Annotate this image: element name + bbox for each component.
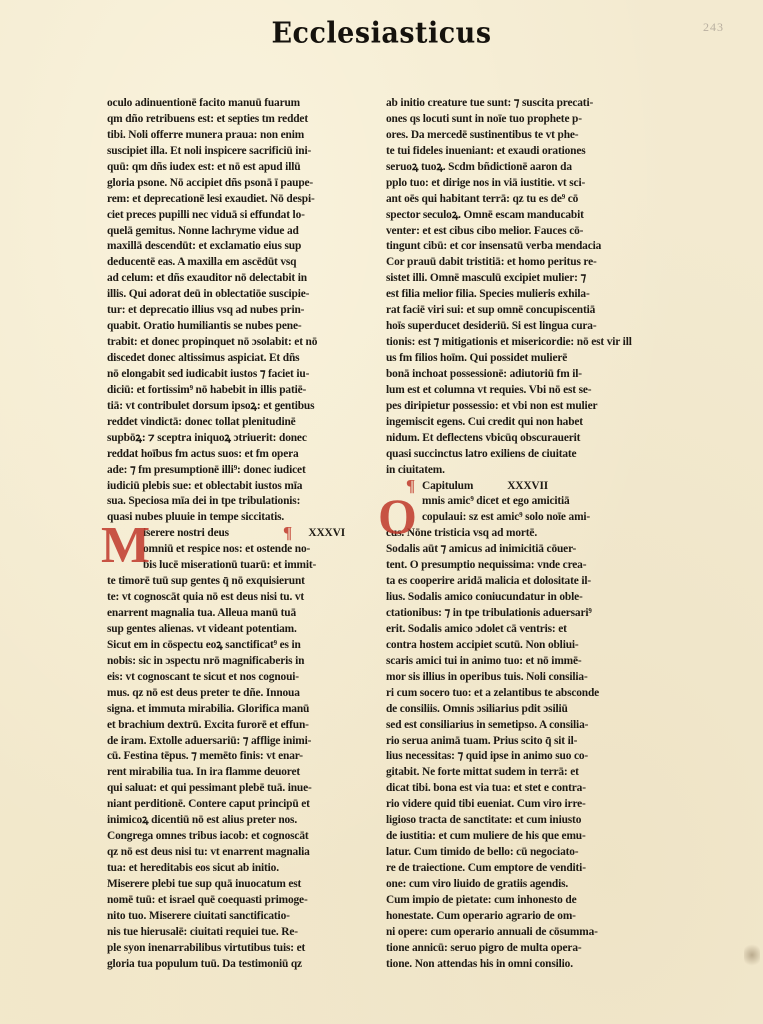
left-column-text-before-chapter: oculo adinuentionē facito manuū fuarumqm…: [107, 96, 353, 526]
text-line: cus. Nōne tristicia vsq ad mortē.: [386, 526, 632, 542]
text-line: nis tue hierusalē: ciuitati requiei tue.…: [107, 925, 353, 941]
text-line: ri cum socero tuo: et a zelantibus te ab…: [386, 686, 632, 702]
text-line: tionis: est ⁊ mitigationis et misericord…: [386, 335, 632, 351]
text-line: ingemiscit egens. Cui credit qui non hab…: [386, 415, 632, 431]
text-line: Sicut em in cōspectu eoꝝ sanctificat⁹ es…: [107, 638, 353, 654]
text-line: tione annicū: seruo pigro de multa opera…: [386, 941, 632, 957]
text-line: rat faciē viri sui: et sup omnē concupis…: [386, 303, 632, 319]
text-line: nito tuo. Miserere ciuitati sanctificati…: [107, 909, 353, 925]
text-line: te: vt cognoscāt quia nō est deus nisi t…: [107, 590, 353, 606]
chapter-37-opening: ¶ Capitulum XXXVII O mnis amic⁹ dicet et…: [386, 479, 632, 973]
text-line: sed est consiliarius in semetipso. A con…: [386, 718, 632, 734]
text-line: rio serua animā tuam. Prius scito q̄ sit…: [386, 734, 632, 750]
text-line: seruoꝝ tuoꝝ. Scdm bñdictionē aaron da: [386, 160, 632, 176]
text-line: gitabit. Ne forte mittat sudem in terrā:…: [386, 765, 632, 781]
text-line: pes diripietur possessio: et vbi non est…: [386, 399, 632, 415]
text-line: signa. et immuta mirabilia. Glorifica ma…: [107, 702, 353, 718]
text-line: rem: et deprecationē lesi exaudiet. Nō d…: [107, 192, 353, 208]
text-line: tingunt cibū: et cor insensatū verba men…: [386, 239, 632, 255]
text-line: reddet vindictā: donec tollat plenitudin…: [107, 415, 353, 431]
text-line: sup gentes alienas. vt videant potentiam…: [107, 622, 353, 638]
text-line: nomē tuū: et israel quē coequasti primog…: [107, 893, 353, 909]
chapter-number: XXXVI: [308, 526, 345, 542]
text-line: ligioso tracta de sanctitate: et cum ini…: [386, 813, 632, 829]
text-line: ta es cooperire aridā malicia et dolosit…: [386, 574, 632, 590]
right-column-text-before-chapter: ab initio creature tue sunt: ⁊ suscita p…: [386, 96, 632, 479]
text-line: ade: ⁊ fm presumptionē illi⁹: donec iudi…: [107, 463, 353, 479]
text-line: te timorē tuū sup gentes q̄ nō exquisier…: [107, 574, 353, 590]
folio-number: 243: [703, 20, 724, 35]
right-column-text-after-initial: cus. Nōne tristicia vsq ad mortē.Sodalis…: [386, 526, 632, 972]
text-line: mnis amic⁹ dicet et ego amicitiā: [386, 494, 632, 510]
text-line: nō elongabit sed iudicabit iustos ⁊ faci…: [107, 367, 353, 383]
text-line: copulaui: sz est amic⁹ solo noīe ami-: [386, 510, 632, 526]
text-line: in ciuitatem.: [386, 463, 632, 479]
chapter-heading-label: Capitulum: [422, 479, 473, 495]
text-line: honestate. Cum operario agrario de om-: [386, 909, 632, 925]
text-line: supbōꝝ: ⁊ sceptra iniquoꝝ ɔtriuerit: don…: [107, 431, 353, 447]
text-line: tibi. Noli offerre munera praua: non eni…: [107, 128, 353, 144]
left-column-text-after-initial: te timorē tuū sup gentes q̄ nō exquisier…: [107, 574, 353, 972]
text-line: ones qs locuti sunt in noīe tuo prophete…: [386, 112, 632, 128]
text-line: tiā: vt contribulet dorsum ipsoꝝ: et gen…: [107, 399, 353, 415]
text-line: tione. Non attendas his in omni consilio…: [386, 957, 632, 973]
text-line: lius necessitas: ⁊ quid ipse in animo su…: [386, 749, 632, 765]
manuscript-page: Ecclesiasticus 243 oculo adinuentionē fa…: [0, 0, 763, 1024]
text-line: deducentē eas. A maxilla em ascēdūt vsq: [107, 255, 353, 271]
chapter-36-opening: M ¶ iserere nostri deus XXXVI omniū et r…: [107, 526, 353, 972]
text-line: venter: et est cibus cibo melior. Fauces…: [386, 224, 632, 240]
text-line: niant perditionē. Contere caput principū…: [107, 797, 353, 813]
text-line: discedet donec altissimus aspiciat. Et d…: [107, 351, 353, 367]
red-pilcrow: ¶: [283, 523, 292, 543]
text-line: re de traiectione. Cum emptore de vendit…: [386, 861, 632, 877]
text-line: sua. Speciosa mīa dei in tpe tribulation…: [107, 494, 353, 510]
running-title: Ecclesiasticus: [0, 17, 763, 50]
text-line: diciū: et fortissim⁹ nō habebit in illis…: [107, 383, 353, 399]
chapter-first-line-text: iserere nostri deus: [143, 526, 229, 542]
text-line: ni opere: cum operario annuali de cōsumm…: [386, 925, 632, 941]
left-column: oculo adinuentionē facito manuū fuarumqm…: [107, 96, 353, 973]
text-line: mus. qz nō est deus preter te dñe. Innou…: [107, 686, 353, 702]
text-line: latur. Cum timido de bello: cū negociato…: [386, 845, 632, 861]
text-line: one: cum viro liuido de gratiis agendis.: [386, 877, 632, 893]
text-line: scaris amici tui in animo tuo: et nō imm…: [386, 654, 632, 670]
text-line: erit. Sodalis amico ɔdolet cā ventris: e…: [386, 622, 632, 638]
text-line: eis: vt cognoscant te sicut et nos cogno…: [107, 670, 353, 686]
text-line: ciet preces pupilli nec viduā si effunda…: [107, 208, 353, 224]
text-line: oculo adinuentionē facito manuū fuarum: [107, 96, 353, 112]
text-line: ctationibus: ⁊ in tpe tribulationis adue…: [386, 606, 632, 622]
text-line: quelā gemitus. Nonne lachryme vidue ad: [107, 224, 353, 240]
text-line: qui saluat: et qui pessimant plebē tuā. …: [107, 781, 353, 797]
text-line: de iustitia: et cum muliere de his que e…: [386, 829, 632, 845]
text-line: rio videre quid tibi eueniat. Cum viro i…: [386, 797, 632, 813]
text-line: quabit. Oratio humiliantis se nubes pene…: [107, 319, 353, 335]
text-line: mor sis illius in operibus tuis. Noli co…: [386, 670, 632, 686]
text-line: qm dño retribuens est: et septies tm red…: [107, 112, 353, 128]
text-line: nidum. Et deflectens vbicūq obscurauerit: [386, 431, 632, 447]
text-line: quasi succinctus latro exiliens de ciuit…: [386, 447, 632, 463]
text-line: tent. O presumptio nequissima: vnde crea…: [386, 558, 632, 574]
text-line: quū: qm dñs iudex est: et nō est apud il…: [107, 160, 353, 176]
paper-stain: [744, 942, 760, 968]
red-initial-o: O: [378, 491, 417, 541]
text-line: lum est et columna vt requies. Vbi nō es…: [386, 383, 632, 399]
text-line: trabit: et donec propinquet nō ɔsolabit:…: [107, 335, 353, 351]
text-line: de iram. Extolle aduersariū: ⁊ afflige i…: [107, 734, 353, 750]
text-line: illis. Qui adorat deū in oblectatiōe sus…: [107, 287, 353, 303]
text-line: us fm filios hoīm. Qui possidet mulierē: [386, 351, 632, 367]
chapter-heading: Capitulum XXXVII: [386, 479, 632, 495]
text-line: dicat tibi. bona est via tua: et stet e …: [386, 781, 632, 797]
text-line: cū. Festina tēpus. ⁊ memēto finis: vt en…: [107, 749, 353, 765]
text-line: qz nō est deus nisi tu: vt enarrent magn…: [107, 845, 353, 861]
text-line: et brachium dextrū. Excita furorē et eff…: [107, 718, 353, 734]
text-line: hoīs superducet desideriū. Si est lingua…: [386, 319, 632, 335]
text-line: ant oēs qui habitant terrā: qz tu es de⁹…: [386, 192, 632, 208]
text-line: maxillā descendūt: et exclamatio eius su…: [107, 239, 353, 255]
text-line: inimicoꝝ dicentiū nō est alius preter no…: [107, 813, 353, 829]
text-line: Sodalis aūt ⁊ amicus ad inimicitiā cōuer…: [386, 542, 632, 558]
text-line: gloria tua populum tuū. Da testimoniū qz: [107, 957, 353, 973]
text-line: ores. Da mercedē sustinentibus te vt phe…: [386, 128, 632, 144]
text-line: lius. Sodalis amico coniucundatur in obl…: [386, 590, 632, 606]
text-line: contra hostem accipiet scutū. Non obliui…: [386, 638, 632, 654]
text-line: enarrent magnalia tua. Alleua manū tuā: [107, 606, 353, 622]
text-line: Cor prauū dabit tristitiā: et homo perit…: [386, 255, 632, 271]
text-line: ad celum: et dñs exauditor nō delectabit…: [107, 271, 353, 287]
red-initial-m: M: [101, 520, 150, 572]
text-line: Cum impio de pietate: cum inhonesto de: [386, 893, 632, 909]
right-column: ab initio creature tue sunt: ⁊ suscita p…: [386, 96, 632, 973]
text-line: nobis: sic in ɔspectu nrō magnificaberis…: [107, 654, 353, 670]
text-line: tua: et hereditabis eos sicut ab initio.: [107, 861, 353, 877]
text-line: reddat hoībus fm actus suos: et fm opera: [107, 447, 353, 463]
text-line: ple syon inenarrabilibus virtutibus tuis…: [107, 941, 353, 957]
text-line: tur: et deprecatio illius vsq ad nubes p…: [107, 303, 353, 319]
text-line: spector seculoꝝ. Omnē escam manducabit: [386, 208, 632, 224]
text-line: bonā inchoat possessionē: adiutoriū fm i…: [386, 367, 632, 383]
text-line: rent mirabilia tua. In ira flamme deuore…: [107, 765, 353, 781]
text-line: iudiciū plebis sue: et oblectabit iustos…: [107, 479, 353, 495]
text-line: gloria psone. Nō accipiet dñs psonā ī pa…: [107, 176, 353, 192]
text-line: est filia melior filia. Species mulieris…: [386, 287, 632, 303]
text-line: te tui fideles inueniant: et exaudi orat…: [386, 144, 632, 160]
text-line: pplo tuo: et dirige nos in viā iustitie.…: [386, 176, 632, 192]
chapter-heading-number: XXXVII: [507, 479, 548, 495]
text-line: Congrega omnes tribus iacob: et cognoscā…: [107, 829, 353, 845]
text-line: ab initio creature tue sunt: ⁊ suscita p…: [386, 96, 632, 112]
text-line: de consiliis. Omnis ɔsiliarius pdit ɔsil…: [386, 702, 632, 718]
text-line: Miserere plebi tue sup quā inuocatum est: [107, 877, 353, 893]
text-line: suscipiet illa. Et noli inspicere sacrif…: [107, 144, 353, 160]
text-line: sistet illi. Omnē masculū excipiet mulie…: [386, 271, 632, 287]
